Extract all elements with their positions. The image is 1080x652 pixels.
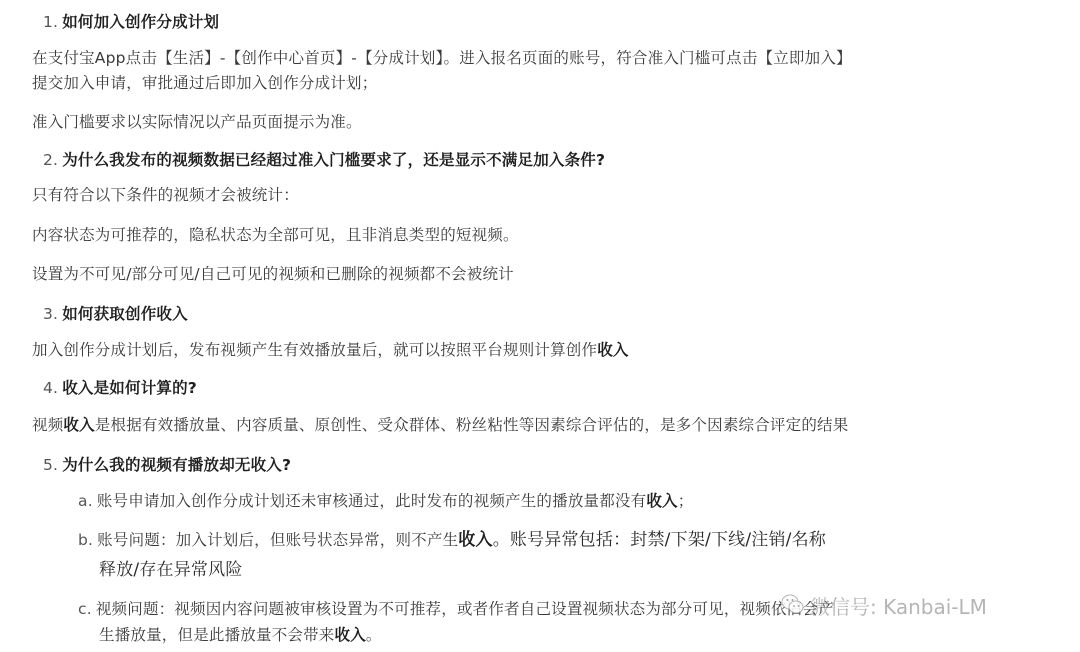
- section-3-heading: 3.如何获取创作收入: [43, 303, 188, 325]
- list-item-text: 账号申请加入创作分成计划还未审核通过，此时发布的视频产生的播放量都没有: [97, 492, 647, 510]
- watermark-text: 微信号: Kanbai-LM: [810, 591, 987, 620]
- list-item-text: 视频问题：视频因内容问题被审核设置为不可推荐，或者作者自己设置视频状态为部分可见…: [96, 600, 834, 618]
- section-4-heading: 4.收入是如何计算的?: [43, 377, 197, 399]
- list-item-a: a.账号申请加入创作分成计划还未审核通过，此时发布的视频产生的播放量都没有收入；: [78, 490, 693, 512]
- list-item-text: 账号问题：加入计划后，但账号状态异常，则不产生: [97, 531, 458, 549]
- section-2-heading: 2.为什么我发布的视频数据已经超过准入门槛要求了，还是显示不满足加入条件?: [43, 149, 605, 171]
- section-title: 为什么我发布的视频数据已经超过准入门槛要求了，还是显示不满足加入条件?: [62, 151, 605, 169]
- section-title: 如何获取创作收入: [62, 305, 188, 323]
- section-1-heading: 1.如何加入创作分成计划: [43, 11, 219, 33]
- list-item-text: 。账号异常包括：封禁/下架/下线/注销/名称: [493, 530, 826, 550]
- paragraph: 准入门槛要求以实际情况以产品页面提示为准。: [32, 111, 362, 133]
- list-marker: c.: [78, 600, 92, 618]
- paragraph: 内容状态为可推荐的，隐私状态为全部可见，且非消息类型的短视频。: [32, 224, 519, 246]
- section-5-heading: 5.为什么我的视频有播放却无收入?: [43, 454, 291, 476]
- section-number: 2.: [43, 151, 58, 169]
- keyword-income: 收入: [597, 341, 628, 359]
- paragraph-text: 视频: [32, 416, 63, 434]
- wechat-icon: [780, 592, 806, 618]
- paragraph: 在支付宝App点击【生活】-【创作中心首页】-【分成计划】。进入报名页面的账号，…: [32, 47, 852, 69]
- paragraph-text: 加入创作分成计划后，发布视频产生有效播放量后，就可以按照平台规则计算创作: [32, 341, 597, 359]
- section-number: 1.: [43, 13, 58, 31]
- paragraph: 视频收入是根据有效播放量、内容质量、原创性、受众群体、粉丝粘性等因素综合评估的，…: [32, 414, 848, 436]
- paragraph: 只有符合以下条件的视频才会被统计：: [32, 184, 299, 206]
- section-number: 4.: [43, 379, 58, 397]
- paragraph: 设置为不可见/部分可见/自己可见的视频和已删除的视频都不会被统计: [32, 263, 514, 285]
- paragraph-text: 是根据有效播放量、内容质量、原创性、受众群体、粉丝粘性等因素综合评估的，是多个因…: [95, 416, 849, 434]
- list-item-text: 生播放量，但是此播放量不会带来: [99, 626, 335, 644]
- keyword-income: 收入: [335, 626, 366, 644]
- keyword-income: 收入: [458, 530, 492, 550]
- list-item-b-continuation: 释放/存在异常风险: [99, 559, 243, 581]
- list-item-text: 。: [366, 626, 382, 644]
- section-number: 3.: [43, 305, 58, 323]
- list-marker: b.: [78, 531, 93, 549]
- watermark: 微信号: Kanbai-LM: [780, 590, 987, 620]
- list-item-b: b.账号问题：加入计划后，但账号状态异常，则不产生收入。账号异常包括：封禁/下架…: [78, 529, 826, 551]
- section-number: 5.: [43, 456, 58, 474]
- keyword-income: 收入: [646, 492, 677, 510]
- keyword-income: 收入: [63, 416, 94, 434]
- faq-document: 1.如何加入创作分成计划 在支付宝App点击【生活】-【创作中心首页】-【分成计…: [0, 0, 1080, 652]
- section-title: 收入是如何计算的?: [62, 379, 197, 397]
- list-item-c: c.视频问题：视频因内容问题被审核设置为不可推荐，或者作者自己设置视频状态为部分…: [78, 598, 834, 620]
- list-item-c-continuation: 生播放量，但是此播放量不会带来收入。: [99, 624, 382, 646]
- list-marker: a.: [78, 492, 93, 510]
- paragraph: 提交加入申请，审批通过后即加入创作分成计划；: [32, 72, 377, 94]
- list-item-text: ；: [678, 492, 694, 510]
- section-title: 为什么我的视频有播放却无收入?: [62, 456, 291, 474]
- section-title: 如何加入创作分成计划: [62, 13, 219, 31]
- paragraph: 加入创作分成计划后，发布视频产生有效播放量后，就可以按照平台规则计算创作收入: [32, 339, 629, 361]
